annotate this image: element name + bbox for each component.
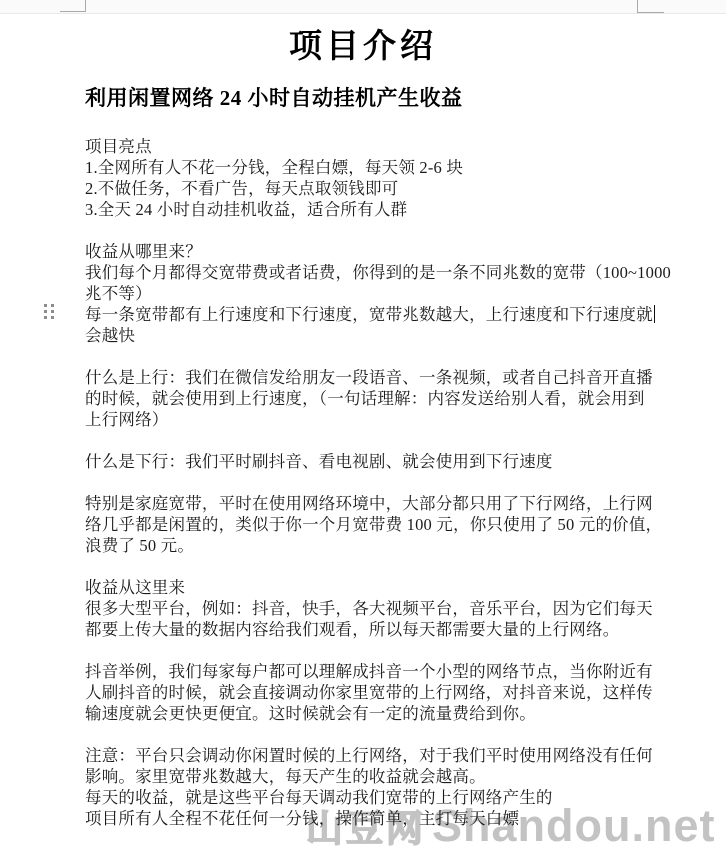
doc-line: 会越快: [85, 325, 647, 346]
text-cursor: [654, 305, 656, 323]
doc-line: 每一条宽带都有上行速度和下行速度，宽带兆数越大，上行速度和下行速度就: [85, 304, 647, 325]
dot: [44, 316, 47, 319]
paragraph-what-is-upload: 什么是上行：我们在微信发给朋友一段语音、一条视频，或者自己抖音开直播 的时候，就…: [85, 367, 647, 430]
dot: [51, 310, 54, 313]
margin-corner-mark-right-icon: [637, 0, 664, 13]
paragraph-douyin-example: 抖音举例，我们每家每户都可以理解成抖音一个小型的网络节点，当你附近有 人刷抖音的…: [85, 661, 647, 724]
page-top-edge: [0, 0, 726, 14]
doc-line: 每天的收益，就是这些平台每天调动我们宽带的上行网络产生的: [85, 787, 647, 808]
doc-line: 特别是家庭宽带，平时在使用网络环境中，大部分都只用了下行网络，上行网: [85, 493, 647, 514]
margin-corner-mark-left-icon: [60, 0, 86, 12]
doc-line: 都要上传大量的数据内容给我们观看，所以每天都需要大量的上行网络。: [85, 619, 647, 640]
doc-line: 1.全网所有人不花一分钱，全程白嫖，每天领 2-6 块: [85, 157, 647, 178]
dot: [44, 310, 47, 313]
doc-line: 3.全天 24 小时自动挂机收益，适合所有人群: [85, 199, 647, 220]
paragraph-drag-handle-icon[interactable]: [44, 304, 54, 319]
paragraph-income-source: 收益从哪里来？ 我们每个月都得交宽带费或者话费，你得到的是一条不同兆数的宽带（1…: [85, 241, 647, 346]
paragraph-home-broadband: 特别是家庭宽带，平时在使用网络环境中，大部分都只用了下行网络，上行网 络几乎都是…: [85, 493, 647, 556]
doc-line: 输速度就会更快更便宜。这时候就会有一定的流量费给到你。: [85, 703, 647, 724]
paragraph-highlights: 项目亮点 1.全网所有人不花一分钱，全程白嫖，每天领 2-6 块 2.不做任务，…: [85, 136, 647, 220]
dot: [51, 304, 54, 307]
doc-line: 项目所有人全程不花任何一分钱，操作简单，主打每天白嫖: [85, 808, 647, 829]
doc-line: 人刷抖音的时候，就会直接调动你家里宽带的上行网络，对抖音来说，这样传: [85, 682, 647, 703]
doc-line: 的时候，就会使用到上行速度，（一句话理解：内容发送给别人看，就会用到: [85, 388, 647, 409]
doc-title: 项目介绍: [0, 20, 726, 67]
doc-line: 收益从哪里来？: [85, 241, 647, 262]
doc-line: 项目亮点: [85, 136, 647, 157]
doc-line-text: 每一条宽带都有上行速度和下行速度，宽带兆数越大，上行速度和下行速度就: [85, 305, 653, 324]
paragraph-notice: 注意：平台只会调动你闲置时候的上行网络，对于我们平时使用网络没有任何 影响。家里…: [85, 745, 647, 829]
document-page: 山豆网Shandou.net 项目介绍 利用闲置网络 24 小时自动挂机产生收益…: [0, 0, 726, 854]
doc-line: 什么是下行：我们平时刷抖音、看电视剧、就会使用到下行速度: [85, 451, 647, 472]
doc-line: 抖音举例，我们每家每户都可以理解成抖音一个小型的网络节点，当你附近有: [85, 661, 647, 682]
doc-line: 络几乎都是闲置的，类似于你一个月宽带费 100 元，你只使用了 50 元的价值，: [85, 514, 647, 535]
doc-line: 浪费了 50 元。: [85, 535, 647, 556]
doc-line: 什么是上行：我们在微信发给朋友一段语音、一条视频，或者自己抖音开直播: [85, 367, 647, 388]
doc-line: 上行网络）: [85, 409, 647, 430]
doc-line: 很多大型平台，例如：抖音，快手，各大视频平台，音乐平台，因为它们每天: [85, 598, 647, 619]
doc-line: 2.不做任务，不看广告，每天点取领钱即可: [85, 178, 647, 199]
paragraph-what-is-download: 什么是下行：我们平时刷抖音、看电视剧、就会使用到下行速度: [85, 451, 647, 472]
doc-body: 项目亮点 1.全网所有人不花一分钱，全程白嫖，每天领 2-6 块 2.不做任务，…: [85, 136, 647, 829]
doc-subtitle: 利用闲置网络 24 小时自动挂机产生收益: [85, 82, 463, 112]
dot: [51, 316, 54, 319]
doc-line: 影响。家里宽带兆数越大，每天产生的收益就会越高。: [85, 766, 647, 787]
doc-line: 兆不等）: [85, 283, 647, 304]
paragraph-income-from-here: 收益从这里来 很多大型平台，例如：抖音，快手，各大视频平台，音乐平台，因为它们每…: [85, 577, 647, 640]
doc-line: 收益从这里来: [85, 577, 647, 598]
doc-line: 我们每个月都得交宽带费或者话费，你得到的是一条不同兆数的宽带（100~1000: [85, 262, 647, 283]
doc-line: 注意：平台只会调动你闲置时候的上行网络，对于我们平时使用网络没有任何: [85, 745, 647, 766]
dot: [44, 304, 47, 307]
